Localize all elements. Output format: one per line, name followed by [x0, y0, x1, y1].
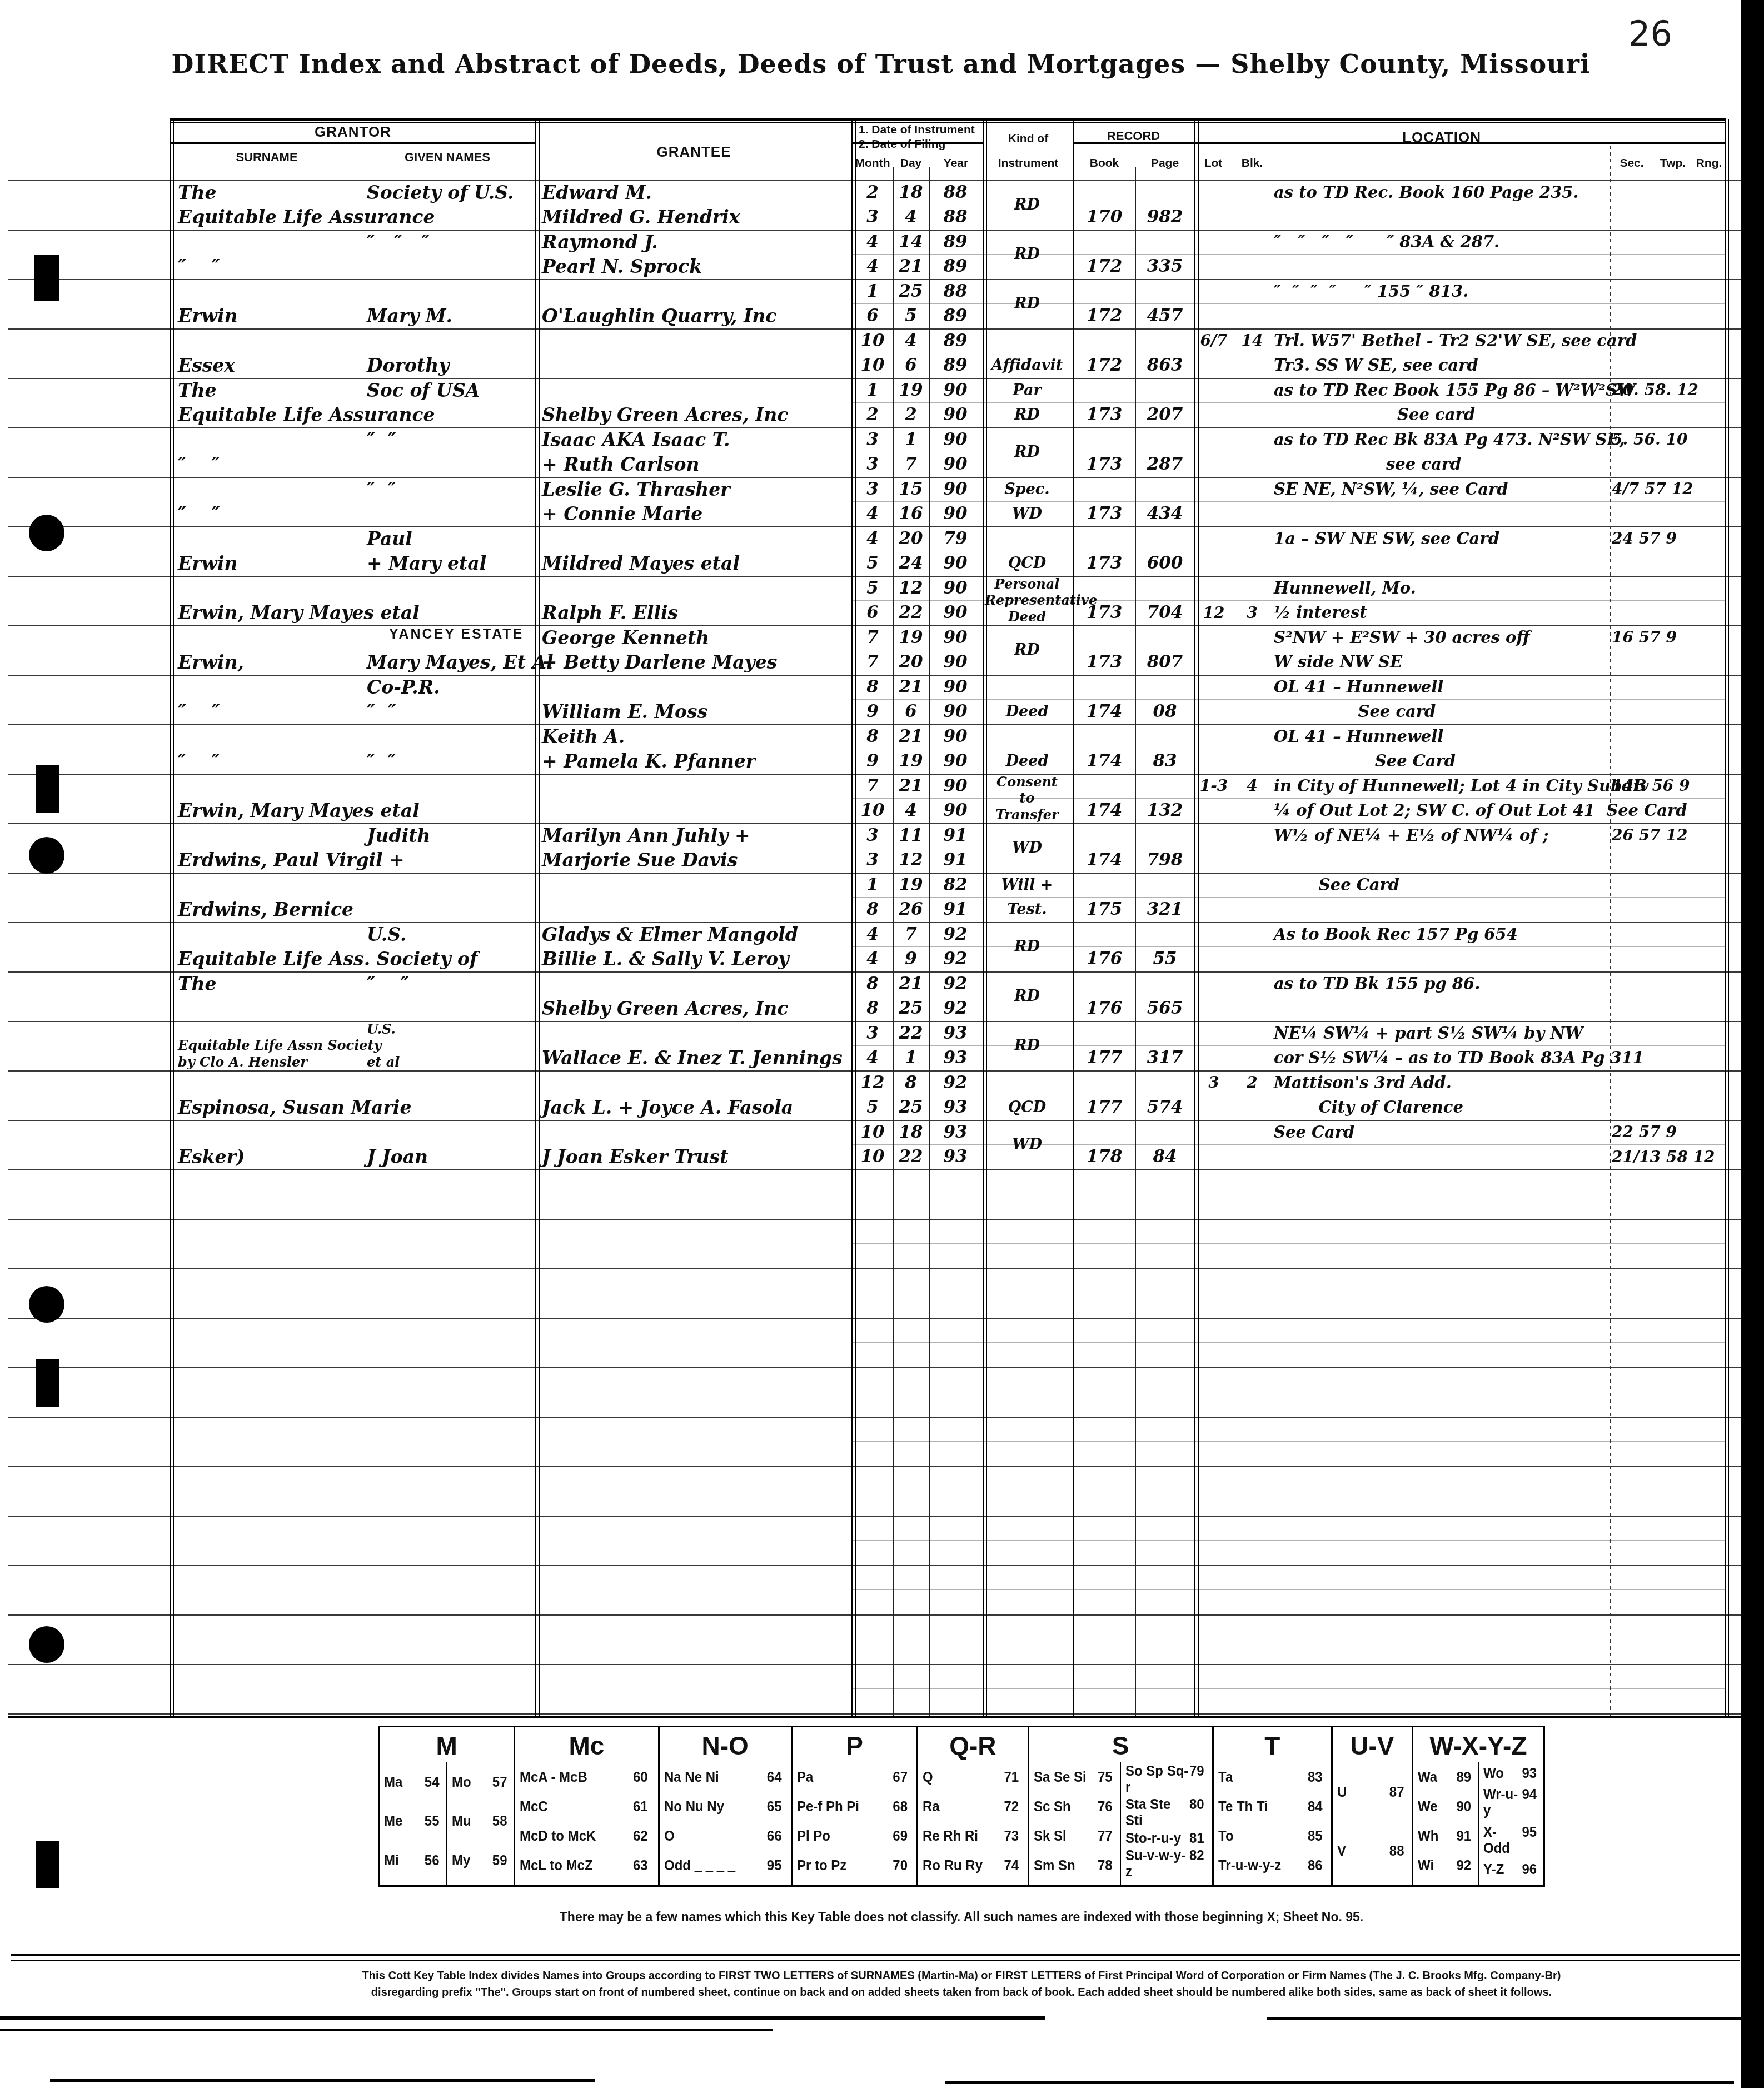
column-line [1073, 119, 1077, 1717]
location-description: as to TD Rec Book 155 Pg 86 – W²W²SW See… [1274, 378, 1608, 427]
sec-twp-rng: 24 57 9 [1612, 526, 1723, 576]
grantor-given-names: Paul+ Mary etal [367, 526, 534, 576]
lot-number: 1-3 [1196, 774, 1232, 823]
header-page: Page [1137, 157, 1193, 170]
key-entry: McA - McB60 [520, 1770, 648, 1786]
date-day: 184 [894, 180, 928, 230]
date-year: 8989 [930, 328, 980, 378]
key-entry: Y-Z96 [1483, 1862, 1537, 1878]
key-entry: Sta Ste Sti80 [1125, 1797, 1204, 1829]
column-line [1135, 167, 1136, 1716]
scan-streak [11, 1960, 1740, 1961]
column-line [893, 167, 894, 1716]
date-day: 221 [894, 1021, 928, 1070]
record-page: 704 [1137, 576, 1193, 625]
grantor-given-names: Soc of USA [367, 378, 534, 427]
location-description: as to TD Rec Bk 83A Pg 473. N²SW SE, see… [1274, 427, 1608, 477]
key-entry: Sto-r-u-y81 [1125, 1831, 1204, 1847]
header-grantee: GRANTEE [536, 143, 851, 161]
kind-of-instrument: RD [985, 971, 1069, 1021]
ledger-page: DIRECT Index and Abstract of Deeds, Deed… [0, 0, 1764, 2088]
location-description: As to Book Rec 157 Pg 654 [1274, 922, 1608, 971]
column-line [1652, 146, 1652, 1716]
ledger-record-row: Erwin Mary M. O'Laughlin Quarry, Inc1625… [0, 279, 1741, 328]
date-day: 79 [894, 922, 928, 971]
date-month: 89 [854, 724, 891, 774]
location-description: ″ ″ ″ ″ ″ 155 ″ 813. [1274, 279, 1608, 328]
key-entry: U87 [1337, 1785, 1404, 1801]
header-blk: Blk. [1233, 157, 1272, 170]
binder-hole [36, 765, 59, 813]
date-month: 125 [854, 1070, 891, 1120]
date-month: 33 [854, 823, 891, 873]
location-description: as to TD Bk 155 pg 86. [1274, 971, 1608, 1021]
date-year: 9090 [930, 477, 980, 526]
ledger-record-row: Erwin, Mary Mayes etal7102149090Consentt… [0, 774, 1741, 823]
ledger-record-row: Erwin, Mary Mayes etal Ralph F. Ellis561… [0, 576, 1741, 625]
date-year: 9293 [930, 1070, 980, 1120]
binder-hole [29, 515, 64, 551]
block-number: 4 [1234, 774, 1270, 823]
grantor-given-names: ″ ″ [367, 427, 534, 477]
table-bottom-border [8, 1716, 1741, 1718]
grantee-name: Keith A.+ Pamela K. Pfanner [542, 724, 849, 774]
record-book: 173 [1075, 625, 1134, 675]
key-entry: Me55 [384, 1813, 440, 1830]
sec-twp-rng: 22 57 921/13 58 12 [1612, 1120, 1723, 1169]
key-column-n-o: N-ONa Ne Ni64No Nu Ny65O66Odd _ _ _ _95 [660, 1727, 793, 1885]
record-book: 172 [1075, 230, 1134, 279]
record-book: 173 [1075, 378, 1134, 427]
record-page: 08 [1137, 675, 1193, 724]
date-day: 2125 [894, 971, 928, 1021]
kind-of-instrument: Affidavit [985, 328, 1069, 378]
date-month: 18 [854, 873, 891, 922]
key-entry: Sk Sl77 [1034, 1828, 1113, 1845]
header-kind-2: Instrument [985, 157, 1072, 170]
date-month: 1010 [854, 1120, 891, 1169]
cott-key-table: MMa54Me55Mi56Mo57Mu58My59McMcA - McB60Mc… [378, 1726, 1545, 1887]
date-day: 255 [894, 279, 928, 328]
key-table-note: There may be a few names which this Key … [378, 1910, 1545, 1925]
date-year: 8291 [930, 873, 980, 922]
grantor-surname: Erwin, Mary Mayes etal [178, 576, 534, 625]
key-entry: Pl Po69 [797, 1828, 908, 1845]
key-column-p: PPa67Pe-f Ph Pi68Pl Po69Pr to Pz70 [793, 1727, 918, 1885]
key-column-header: Q-R [918, 1727, 1027, 1762]
ledger-record-row: Equitable Life Ass. Society ofU.S. Glady… [0, 922, 1741, 971]
key-entry: Na Ne Ni64 [664, 1770, 782, 1786]
header-grantor: GRANTOR [170, 123, 536, 141]
block-number: 2 [1234, 1070, 1270, 1120]
date-month: 77 [854, 625, 891, 675]
key-column-header: P [793, 1727, 916, 1762]
key-entry: Tr-u-w-y-z86 [1218, 1858, 1323, 1874]
record-page: 83 [1137, 724, 1193, 774]
date-year: 9393 [930, 1021, 980, 1070]
record-book: 173 [1075, 427, 1134, 477]
date-day: 1222 [894, 576, 928, 625]
grantee-name: O'Laughlin Quarry, Inc [542, 279, 849, 328]
grantee-name: Isaac AKA Isaac T.+ Ruth Carlson [542, 427, 849, 477]
record-book: 177 [1075, 1070, 1134, 1120]
ledger-record-row: ″ ″Co-P.R.″ ″ William E. Moss892169090 D… [0, 675, 1741, 724]
date-month: 16 [854, 279, 891, 328]
sec-twp-rng: 26 57 12 [1612, 823, 1723, 873]
column-line [1194, 119, 1199, 1717]
date-month: 33 [854, 427, 891, 477]
table-top-border [170, 122, 1726, 123]
key-entry: Wi92 [1418, 1858, 1471, 1874]
key-column-w-x-y-z: W-X-Y-ZWa89We90Wh91Wi92Wo93Wr-u-y94X-Odd… [1413, 1727, 1543, 1885]
date-month: 44 [854, 922, 891, 971]
kind-of-instrument: ParRD [985, 378, 1069, 427]
header-day: Day [894, 157, 928, 170]
date-day: 2024 [894, 526, 928, 576]
date-month: 710 [854, 774, 891, 823]
key-entry: Re Rh Ri73 [923, 1828, 1019, 1845]
location-description: 1a – SW NE SW, see Card [1274, 526, 1608, 576]
ledger-record-row: TheEquitable Life AssuranceSociety of U.… [0, 180, 1741, 230]
record-book: 174 [1075, 774, 1134, 823]
record-page: 207 [1137, 378, 1193, 427]
date-year: 8889 [930, 279, 980, 328]
header-record: RECORD [1073, 129, 1194, 143]
grantor-given-names: J Joan [367, 1120, 534, 1169]
footer-text-2: disregarding prefix "The". Groups start … [302, 1986, 1621, 1999]
key-entry: Mi56 [384, 1853, 440, 1869]
header-sec: Sec. [1611, 157, 1653, 170]
kind-of-instrument: PersonalRepresentativeDeed [985, 576, 1069, 625]
key-column-m: MMa54Me55Mi56Mo57Mu58My59 [380, 1727, 515, 1885]
column-line [983, 119, 987, 1717]
record-book: 172 [1075, 279, 1134, 328]
date-day: 46 [894, 328, 928, 378]
key-entry: McL to McZ63 [520, 1858, 648, 1874]
record-page: 565 [1137, 971, 1193, 1021]
record-book: 173 [1075, 526, 1134, 576]
date-month: 12 [854, 378, 891, 427]
record-page: 457 [1137, 279, 1193, 328]
scan-streak [50, 2079, 595, 2082]
binder-hole [36, 1841, 59, 1888]
column-line [1233, 146, 1233, 1716]
grantee-name: Jack L. + Joyce A. Fasola [542, 1070, 849, 1120]
record-book: 178 [1075, 1120, 1134, 1169]
record-page: 863 [1137, 328, 1193, 378]
ledger-record-row: Erwin, Mary Mayes, Et AlGeorge Kenneth+ … [0, 625, 1741, 675]
kind-of-instrument: Deed [985, 724, 1069, 774]
key-entry: X-Odd95 [1483, 1825, 1537, 1857]
key-entry: Odd _ _ _ _95 [664, 1858, 782, 1874]
block-number: 3 [1234, 576, 1270, 625]
key-column-u-v: U-VU87V88 [1333, 1727, 1413, 1885]
record-page: 807 [1137, 625, 1193, 675]
location-underline [1194, 142, 1725, 144]
grantor-given-names: ″ ″ [367, 971, 534, 1021]
column-line [1610, 146, 1611, 1716]
kind-of-instrument: RD [985, 180, 1069, 230]
date-month: 45 [854, 526, 891, 576]
ledger-record-row: Equitable Life Assn Societyby Clo A. Hen… [0, 1021, 1741, 1070]
date-year: 9292 [930, 971, 980, 1021]
record-book: 172 [1075, 328, 1134, 378]
location-description: as to TD Rec. Book 160 Page 235. [1274, 180, 1608, 230]
kind-of-instrument: Will +Test. [985, 873, 1069, 922]
record-book: 170 [1075, 180, 1134, 230]
key-entry: To85 [1218, 1828, 1323, 1845]
record-book: 174 [1075, 675, 1134, 724]
kind-of-instrument: QCD [985, 526, 1069, 576]
key-entry: Ma54 [384, 1775, 440, 1791]
header-twp: Twp. [1653, 157, 1693, 170]
kind-of-instrument: ConsenttoTransfer [985, 774, 1069, 823]
date-day: 192 [894, 378, 928, 427]
grantee-name: Ralph F. Ellis [542, 576, 849, 625]
grantor-surname: Erdwins, Bernice [178, 873, 534, 922]
location-description: ″ ″ ″ ″ ″ 83A & 287. [1274, 230, 1608, 279]
key-entry: Pe-f Ph Pi68 [797, 1799, 908, 1815]
date-year: 9090 [930, 427, 980, 477]
kind-of-instrument: WD [985, 1120, 1069, 1169]
ledger-record-row: ″ ″″ ″ ″ Raymond J.Pearl N. Sprock441421… [0, 230, 1741, 279]
column-line [851, 119, 856, 1717]
kind-of-instrument: RD [985, 625, 1069, 675]
key-entry: Q71 [923, 1770, 1019, 1786]
grantor-given-names: Dorothy [367, 328, 534, 378]
grantor-given-names: Judith [367, 823, 534, 873]
grantor-given-names: U.S. et al [367, 1021, 534, 1070]
grantor-given-names: ″ ″ ″ [367, 230, 534, 279]
key-entry: McD to McK62 [520, 1828, 648, 1845]
header-rng: Rng. [1693, 157, 1725, 170]
record-page: 287 [1137, 427, 1193, 477]
record-book: 174 [1075, 823, 1134, 873]
date-day: 2119 [894, 724, 928, 774]
key-column-header: W-X-Y-Z [1413, 1727, 1543, 1762]
grantee-name: J Joan Esker Trust [542, 1120, 849, 1169]
page-number: 26 [1628, 13, 1672, 54]
grantor-underline [170, 142, 535, 144]
ledger-record-row: TheEquitable Life AssuranceSoc of USA Sh… [0, 378, 1741, 427]
record-book: 176 [1075, 922, 1134, 971]
sec-twp-rng: 16 57 9 [1612, 625, 1723, 675]
grantee-name: Gladys & Elmer MangoldBillie L. & Sally … [542, 922, 849, 971]
key-column-header: M [380, 1727, 514, 1762]
key-entry: Wa89 [1418, 1770, 1471, 1786]
ledger-record-row: ″ ″ ″ ″Keith A.+ Pamela K. Pfanner892119… [0, 724, 1741, 774]
ledger-record-row: Erdwins, Paul Virgil +Judith Marilyn Ann… [0, 823, 1741, 873]
scan-streak [0, 2016, 1045, 2020]
key-entry: Mu58 [452, 1813, 507, 1830]
record-book: 174 [1075, 724, 1134, 774]
binder-hole [34, 255, 59, 301]
record-page: 55 [1137, 922, 1193, 971]
sec-twp-rng: 5. 56. 10 [1612, 427, 1723, 477]
date-day: 1926 [894, 873, 928, 922]
footer-text-1: This Cott Key Table Index divides Names … [302, 1969, 1621, 1982]
column-line [929, 167, 930, 1716]
date-year: 8888 [930, 180, 980, 230]
location-description: See Card [1274, 1120, 1608, 1169]
binder-hole [29, 1286, 64, 1323]
ledger-record-row: ″ ″″ ″ Leslie G. Thrasher+ Connie Marie3… [0, 477, 1741, 526]
date-year: 9292 [930, 922, 980, 971]
ledger-record-row: Essex Dorothy1010468989 Affidavit 172 86… [0, 328, 1741, 378]
grantor-given-names: Mary M. [367, 279, 534, 328]
key-column-mc: McMcA - McB60McC61McD to McK62McL to McZ… [515, 1727, 659, 1885]
header-year: Year [930, 157, 981, 170]
key-entry: Sa Se Si75 [1034, 1770, 1113, 1786]
key-entry: Ro Ru Ry74 [923, 1858, 1019, 1874]
grantor-surname: Erwin, Mary Mayes etal [178, 774, 534, 823]
record-page: 321 [1137, 873, 1193, 922]
lot-number: 6/7 [1196, 328, 1232, 378]
column-line [170, 119, 174, 1717]
key-column-q-r: Q-RQ71Ra72Re Rh Ri73Ro Ru Ry74 [918, 1727, 1029, 1885]
lot-number: 12 [1196, 576, 1232, 625]
key-entry: Pa67 [797, 1770, 908, 1786]
header-month: Month [853, 157, 893, 170]
key-entry: So Sp Sq-r79 [1125, 1763, 1204, 1796]
grantee-name: Marilyn Ann Juhly +Marjorie Sue Davis [542, 823, 849, 873]
grantor-given-names: Co-P.R.″ ″ [367, 675, 534, 724]
column-line [535, 119, 540, 1717]
grantee-name: William E. Moss [542, 675, 849, 724]
grantor-given-names: Society of U.S. [367, 180, 534, 230]
key-entry: Ta83 [1218, 1770, 1323, 1786]
ledger-record-row: ″ ″″ ″ Isaac AKA Isaac T.+ Ruth Carlson3… [0, 427, 1741, 477]
key-entry: My59 [452, 1853, 507, 1869]
location-description: in City of Hunnewell; Lot 4 in City Subd… [1274, 774, 1608, 823]
date-year: 9393 [930, 1120, 980, 1169]
location-description: S²NW + E²SW + 30 acres offW side NW SE [1274, 625, 1608, 675]
grantor-surname: Espinosa, Susan Marie [178, 1070, 534, 1120]
date-day: 1112 [894, 823, 928, 873]
header-surname: SURNAME [178, 150, 356, 165]
block-number: 14 [1234, 328, 1270, 378]
key-column-header: T [1214, 1727, 1331, 1762]
location-description: NE¼ SW¼ + part S½ SW¼ by NWcor S½ SW¼ – … [1274, 1021, 1608, 1070]
kind-of-instrument: RD [985, 922, 1069, 971]
date-day: 17 [894, 427, 928, 477]
key-column-s: SSa Se Si75Sc Sh76Sk Sl77Sm Sn78So Sp Sq… [1029, 1727, 1214, 1885]
key-entry: Sm Sn78 [1034, 1858, 1113, 1874]
date-year: 9090 [930, 625, 980, 675]
grantee-name: Leslie G. Thrasher+ Connie Marie [542, 477, 849, 526]
key-entry: Wo93 [1483, 1766, 1537, 1782]
date-day: 1421 [894, 230, 928, 279]
kind-of-instrument: Spec.WD [985, 477, 1069, 526]
kind-of-instrument: WD [985, 823, 1069, 873]
kind-of-instrument: Deed [985, 675, 1069, 724]
scan-streak [945, 2081, 1734, 2084]
date-day: 1516 [894, 477, 928, 526]
header-date-filing: 2. Date of Filing [859, 138, 986, 151]
key-entry: Wr-u-y94 [1483, 1787, 1537, 1819]
record-page: 317 [1137, 1021, 1193, 1070]
date-day: 214 [894, 774, 928, 823]
location-description: See Card [1274, 873, 1608, 922]
key-entry: Sc Sh76 [1034, 1799, 1113, 1815]
date-month: 56 [854, 576, 891, 625]
location-description: Mattison's 3rd Add. City of Clarence [1274, 1070, 1608, 1120]
key-entry: Te Th Ti84 [1218, 1799, 1323, 1815]
key-column-header: U-V [1333, 1727, 1412, 1762]
date-month: 88 [854, 971, 891, 1021]
scan-edge-strip [1741, 0, 1764, 2088]
date-year: 9090 [930, 724, 980, 774]
yancey-estate-stamp: YANCEY ESTATE [389, 626, 524, 642]
key-entry: Su-v-w-y-z82 [1125, 1848, 1204, 1880]
date-year: 8989 [930, 230, 980, 279]
ledger-record-row: The ″ ″ Shelby Green Acres, Inc882125929… [0, 971, 1741, 1021]
grantee-name: Shelby Green Acres, Inc [542, 971, 849, 1021]
key-entry: McC61 [520, 1799, 648, 1815]
ledger-record-row: Esker) J Joan J Joan Esker Trust10101822… [0, 1120, 1741, 1169]
key-entry: No Nu Ny65 [664, 1799, 782, 1815]
header-lot: Lot [1195, 157, 1232, 170]
grantee-name: Shelby Green Acres, Inc [542, 378, 849, 427]
location-description: OL 41 – Hunnewell See card [1274, 675, 1608, 724]
location-description: SE NE, N²SW, ¼, see Card [1274, 477, 1608, 526]
grantor-given-names: ″ ″ [367, 477, 534, 526]
kind-of-instrument: QCD [985, 1070, 1069, 1120]
binder-hole [36, 1359, 59, 1407]
key-entry: O66 [664, 1828, 782, 1845]
header-book: Book [1075, 157, 1134, 170]
date-month: 34 [854, 1021, 891, 1070]
key-entry: V88 [1337, 1843, 1404, 1860]
grantee-name: George Kenneth+ Betty Darlene Mayes [542, 625, 849, 675]
date-day: 216 [894, 675, 928, 724]
date-year: 9090 [930, 774, 980, 823]
key-entry: Mo57 [452, 1775, 507, 1791]
key-column-header: Mc [515, 1727, 657, 1762]
date-year: 9090 [930, 378, 980, 427]
key-entry: Wh91 [1418, 1828, 1471, 1845]
sec-twp-rng: 20. 58. 12 [1612, 378, 1723, 427]
ledger-record-row: Espinosa, Susan Marie Jack L. + Joyce A.… [0, 1070, 1741, 1120]
column-line [1725, 119, 1729, 1717]
date-year: 9191 [930, 823, 980, 873]
record-page: 132 [1137, 774, 1193, 823]
key-column-header: S [1029, 1727, 1212, 1762]
column-line [1272, 146, 1272, 1716]
date-month: 44 [854, 230, 891, 279]
record-page: 434 [1137, 477, 1193, 526]
date-year: 9090 [930, 675, 980, 724]
record-page: 84 [1137, 1120, 1193, 1169]
date-month: 89 [854, 675, 891, 724]
location-description: OL 41 – Hunnewell See Card [1274, 724, 1608, 774]
page-title: DIRECT Index and Abstract of Deeds, Deed… [167, 49, 1595, 79]
grantor-given-names: ″ ″ [367, 724, 534, 774]
record-page: 798 [1137, 823, 1193, 873]
sec-twp-rng: 14B 56 9 [1612, 774, 1723, 823]
kind-of-instrument: RD [985, 1021, 1069, 1070]
date-day: 825 [894, 1070, 928, 1120]
record-page: 574 [1137, 1070, 1193, 1120]
record-page: 982 [1137, 180, 1193, 230]
scan-streak [1267, 2017, 1741, 2020]
grantee-name: Edward M.Mildred G. Hendrix [542, 180, 849, 230]
kind-of-instrument: RD [985, 230, 1069, 279]
date-year: 7990 [930, 526, 980, 576]
ledger-record-row: Erdwins, Bernice1819268291Will +Test. 17… [0, 873, 1741, 922]
record-page: 335 [1137, 230, 1193, 279]
lot-number: 3 [1196, 1070, 1232, 1120]
